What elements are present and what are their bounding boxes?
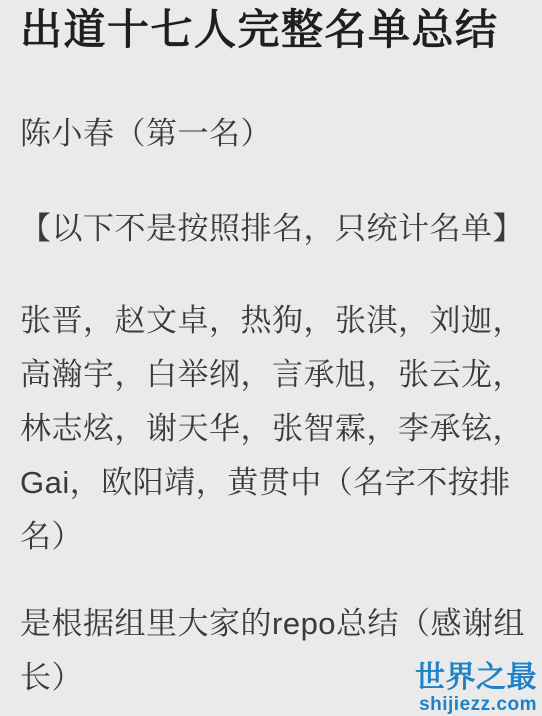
site-logo-text: 世界之最 — [415, 663, 537, 693]
paragraph-line: 高瀚宇，白举纲，言承旭，张云龙， — [20, 348, 522, 402]
site-watermark: 世界之最 shijiezz.com — [415, 663, 537, 714]
paragraph-line: 陈小春（第一名） — [20, 107, 522, 161]
paragraph-line: 名） — [20, 510, 522, 564]
page-title: 出道十七人完整名单总结 — [20, 0, 522, 54]
paragraph-disclaimer: 【以下不是按照排名，只统计名单】 — [20, 202, 522, 256]
paragraph-line: Gai，欧阳靖，黄贯中（名字不按排 — [20, 456, 522, 510]
paragraph-name-list: 张晋，赵文卓，热狗，张淇，刘迦， 高瀚宇，白举纲，言承旭，张云龙， 林志炫，谢天… — [20, 294, 522, 564]
paragraph-line: 是根据组里大家的repo总结（感谢组 — [20, 597, 522, 651]
paragraph-line: 【以下不是按照排名，只统计名单】 — [20, 202, 522, 256]
site-domain-text: shijiezz.com — [415, 695, 537, 714]
article-page: { "page": { "background_color": "#eaeaea… — [0, 0, 542, 716]
paragraph-rank-first: 陈小春（第一名） — [20, 107, 522, 161]
paragraph-line: 林志炫，谢天华，张智霖，李承铉， — [20, 402, 522, 456]
article-content: 出道十七人完整名单总结 陈小春（第一名） 【以下不是按照排名，只统计名单】 张晋… — [0, 0, 542, 705]
paragraph-line: 张晋，赵文卓，热狗，张淇，刘迦， — [20, 294, 522, 348]
